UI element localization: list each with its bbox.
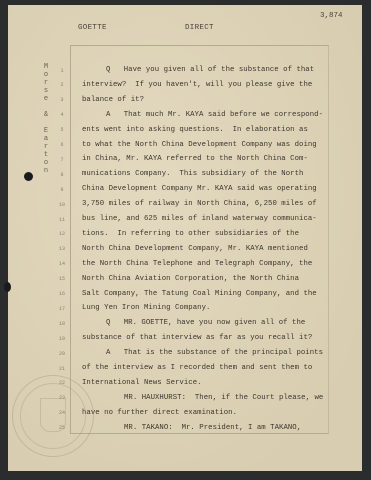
transcript-line: of the interview as I recorded them and … — [82, 364, 312, 372]
line-number: 21 — [55, 366, 69, 372]
line-number: 11 — [55, 217, 69, 223]
line-number: 9 — [55, 187, 69, 193]
reporter-letter: a — [42, 135, 50, 143]
line-number: 1 — [55, 68, 69, 74]
transcript-line: ents went into asking questions. In elab… — [82, 126, 308, 134]
reporter-letter: o — [42, 71, 50, 79]
transcript-line: MR. TAKANO: Mr. President, I am TAKANO, — [124, 424, 301, 432]
reporter-letter: t — [42, 151, 50, 159]
line-number: 16 — [55, 291, 69, 297]
reporter-letter: E — [42, 127, 50, 135]
transcript-line: Q MR. GOETTE, have you now given all of … — [106, 319, 305, 327]
line-number: 7 — [55, 157, 69, 163]
transcript-line: China Development Company Mr. KAYA said … — [82, 185, 317, 193]
transcript-line: have no further direct examination. — [82, 409, 237, 417]
reporter-letter: M — [42, 63, 50, 71]
transcript-line: Salt Company, The Tatung Coal Mining Com… — [82, 290, 317, 298]
line-number: 19 — [55, 336, 69, 342]
transcript-line: MR. HAUXHURST: Then, if the Court please… — [124, 394, 323, 402]
line-number: 17 — [55, 306, 69, 312]
transcript-line: balance of it? — [82, 96, 144, 104]
reporter-letter: o — [42, 159, 50, 167]
reporter-letter: n — [42, 167, 50, 175]
reporter-letter: s — [42, 87, 50, 95]
line-number: 14 — [55, 261, 69, 267]
transcript-line: A That is the substance of the principal… — [106, 349, 323, 357]
reporter-letter: r — [42, 79, 50, 87]
examination-type: DIRECT — [185, 24, 214, 32]
line-number: 4 — [55, 112, 69, 118]
punch-hole-bottom — [4, 282, 11, 292]
line-number: 13 — [55, 246, 69, 252]
line-number: 5 — [55, 127, 69, 133]
reporter-letter: & — [42, 111, 50, 119]
reporter-letter — [42, 119, 50, 127]
line-number: 2 — [55, 82, 69, 88]
reporter-letter: e — [42, 95, 50, 103]
transcript-line: the North China Telephone and Telegraph … — [82, 260, 312, 268]
line-number: 12 — [55, 231, 69, 237]
page-number: 3,874 — [320, 12, 343, 20]
line-number: 20 — [55, 351, 69, 357]
line-number: 3 — [55, 97, 69, 103]
punch-hole-top — [24, 172, 33, 181]
witness-name: GOETTE — [78, 24, 107, 32]
transcript-line: munications Company. This subsidiary of … — [82, 170, 303, 178]
line-number: 18 — [55, 321, 69, 327]
transcript-line: Q Have you given all of the substance of… — [106, 66, 314, 74]
transcript-line: in China, Mr. KAYA referred to the North… — [82, 155, 308, 163]
transcript-line: substance of that interview as far as yo… — [82, 334, 312, 342]
transcript-line: 3,750 miles of railway in North China, 6… — [82, 200, 317, 208]
transcript-line: Lung Yen Iron Mining Company. — [82, 304, 210, 312]
line-number: 8 — [55, 172, 69, 178]
line-number: 15 — [55, 276, 69, 282]
archive-seal-shield-icon — [40, 398, 66, 432]
transcript-line: interview? If you haven't, will you plea… — [82, 81, 312, 89]
transcript-line: A That much Mr. KAYA said before we corr… — [106, 111, 323, 119]
line-number: 6 — [55, 142, 69, 148]
reporter-margin-label: Morse & Earton — [42, 63, 50, 175]
reporter-letter: r — [42, 143, 50, 151]
transcript-line: to what the North China Development Comp… — [82, 141, 317, 149]
transcript-line: bus line, and 625 miles of inland waterw… — [82, 215, 317, 223]
transcript-line: North China Development Company, Mr. KAY… — [82, 245, 308, 253]
transcript-line: North China Aviation Corporation, the No… — [82, 275, 299, 283]
reporter-letter — [42, 103, 50, 111]
line-number: 10 — [55, 202, 69, 208]
transcript-line: International News Service. — [82, 379, 202, 387]
transcript-line: tions. In referring to other subsidiarie… — [82, 230, 299, 238]
